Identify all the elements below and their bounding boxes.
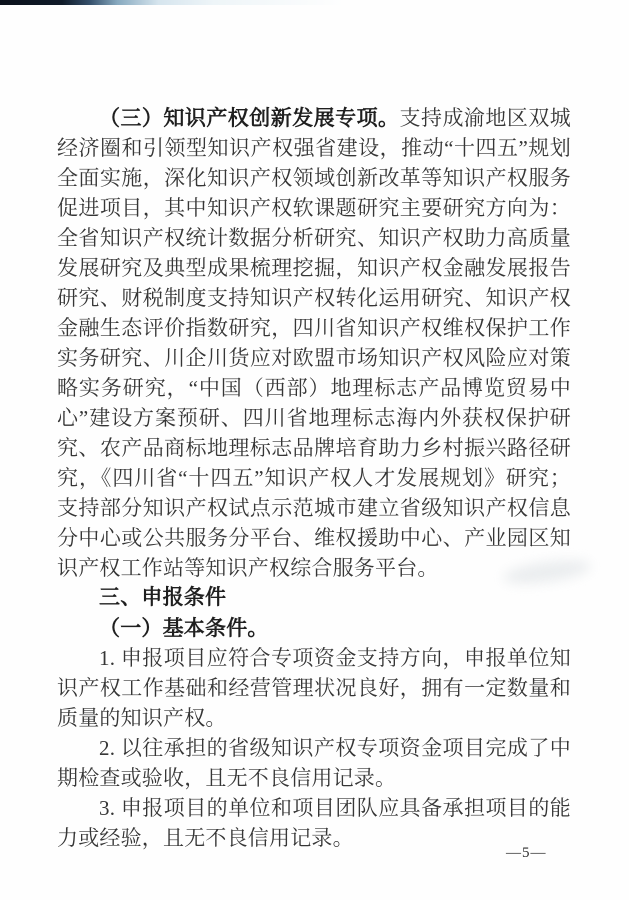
document-body: （三）知识产权创新发展专项。支持成渝地区双城经济圈和引领型知识产权强省建设，推动… xyxy=(57,103,571,853)
heading-basic-conditions: （一）基本条件。 xyxy=(57,613,571,643)
scanned-document-page: { "page": { "paragraphs": { "section3_le… xyxy=(0,0,629,900)
scan-artifact-top-band xyxy=(0,0,345,5)
paragraph-special-project: （三）知识产权创新发展专项。支持成渝地区双城经济圈和引领型知识产权强省建设，推动… xyxy=(57,103,571,583)
condition-item-3: 3. 申报项目的单位和项目团队应具备承担项目的能力或经验，且无不良信用记录。 xyxy=(57,793,571,853)
heading-application-conditions: 三、申报条件 xyxy=(57,583,571,613)
condition-item-1: 1. 申报项目应符合专项资金支持方向，申报单位知识产权工作基础和经营管理状况良好… xyxy=(57,643,571,733)
condition-item-2: 2. 以往承担的省级知识产权专项资金项目完成了中期检查或验收，且无不良信用记录。 xyxy=(57,733,571,793)
section-body-text: 支持成渝地区双城经济圈和引领型知识产权强省建设，推动“十四五”规划全面实施，深化… xyxy=(57,106,571,580)
section-lead-bold: （三）知识产权创新发展专项。 xyxy=(99,106,400,130)
page-number: —5— xyxy=(506,845,547,862)
